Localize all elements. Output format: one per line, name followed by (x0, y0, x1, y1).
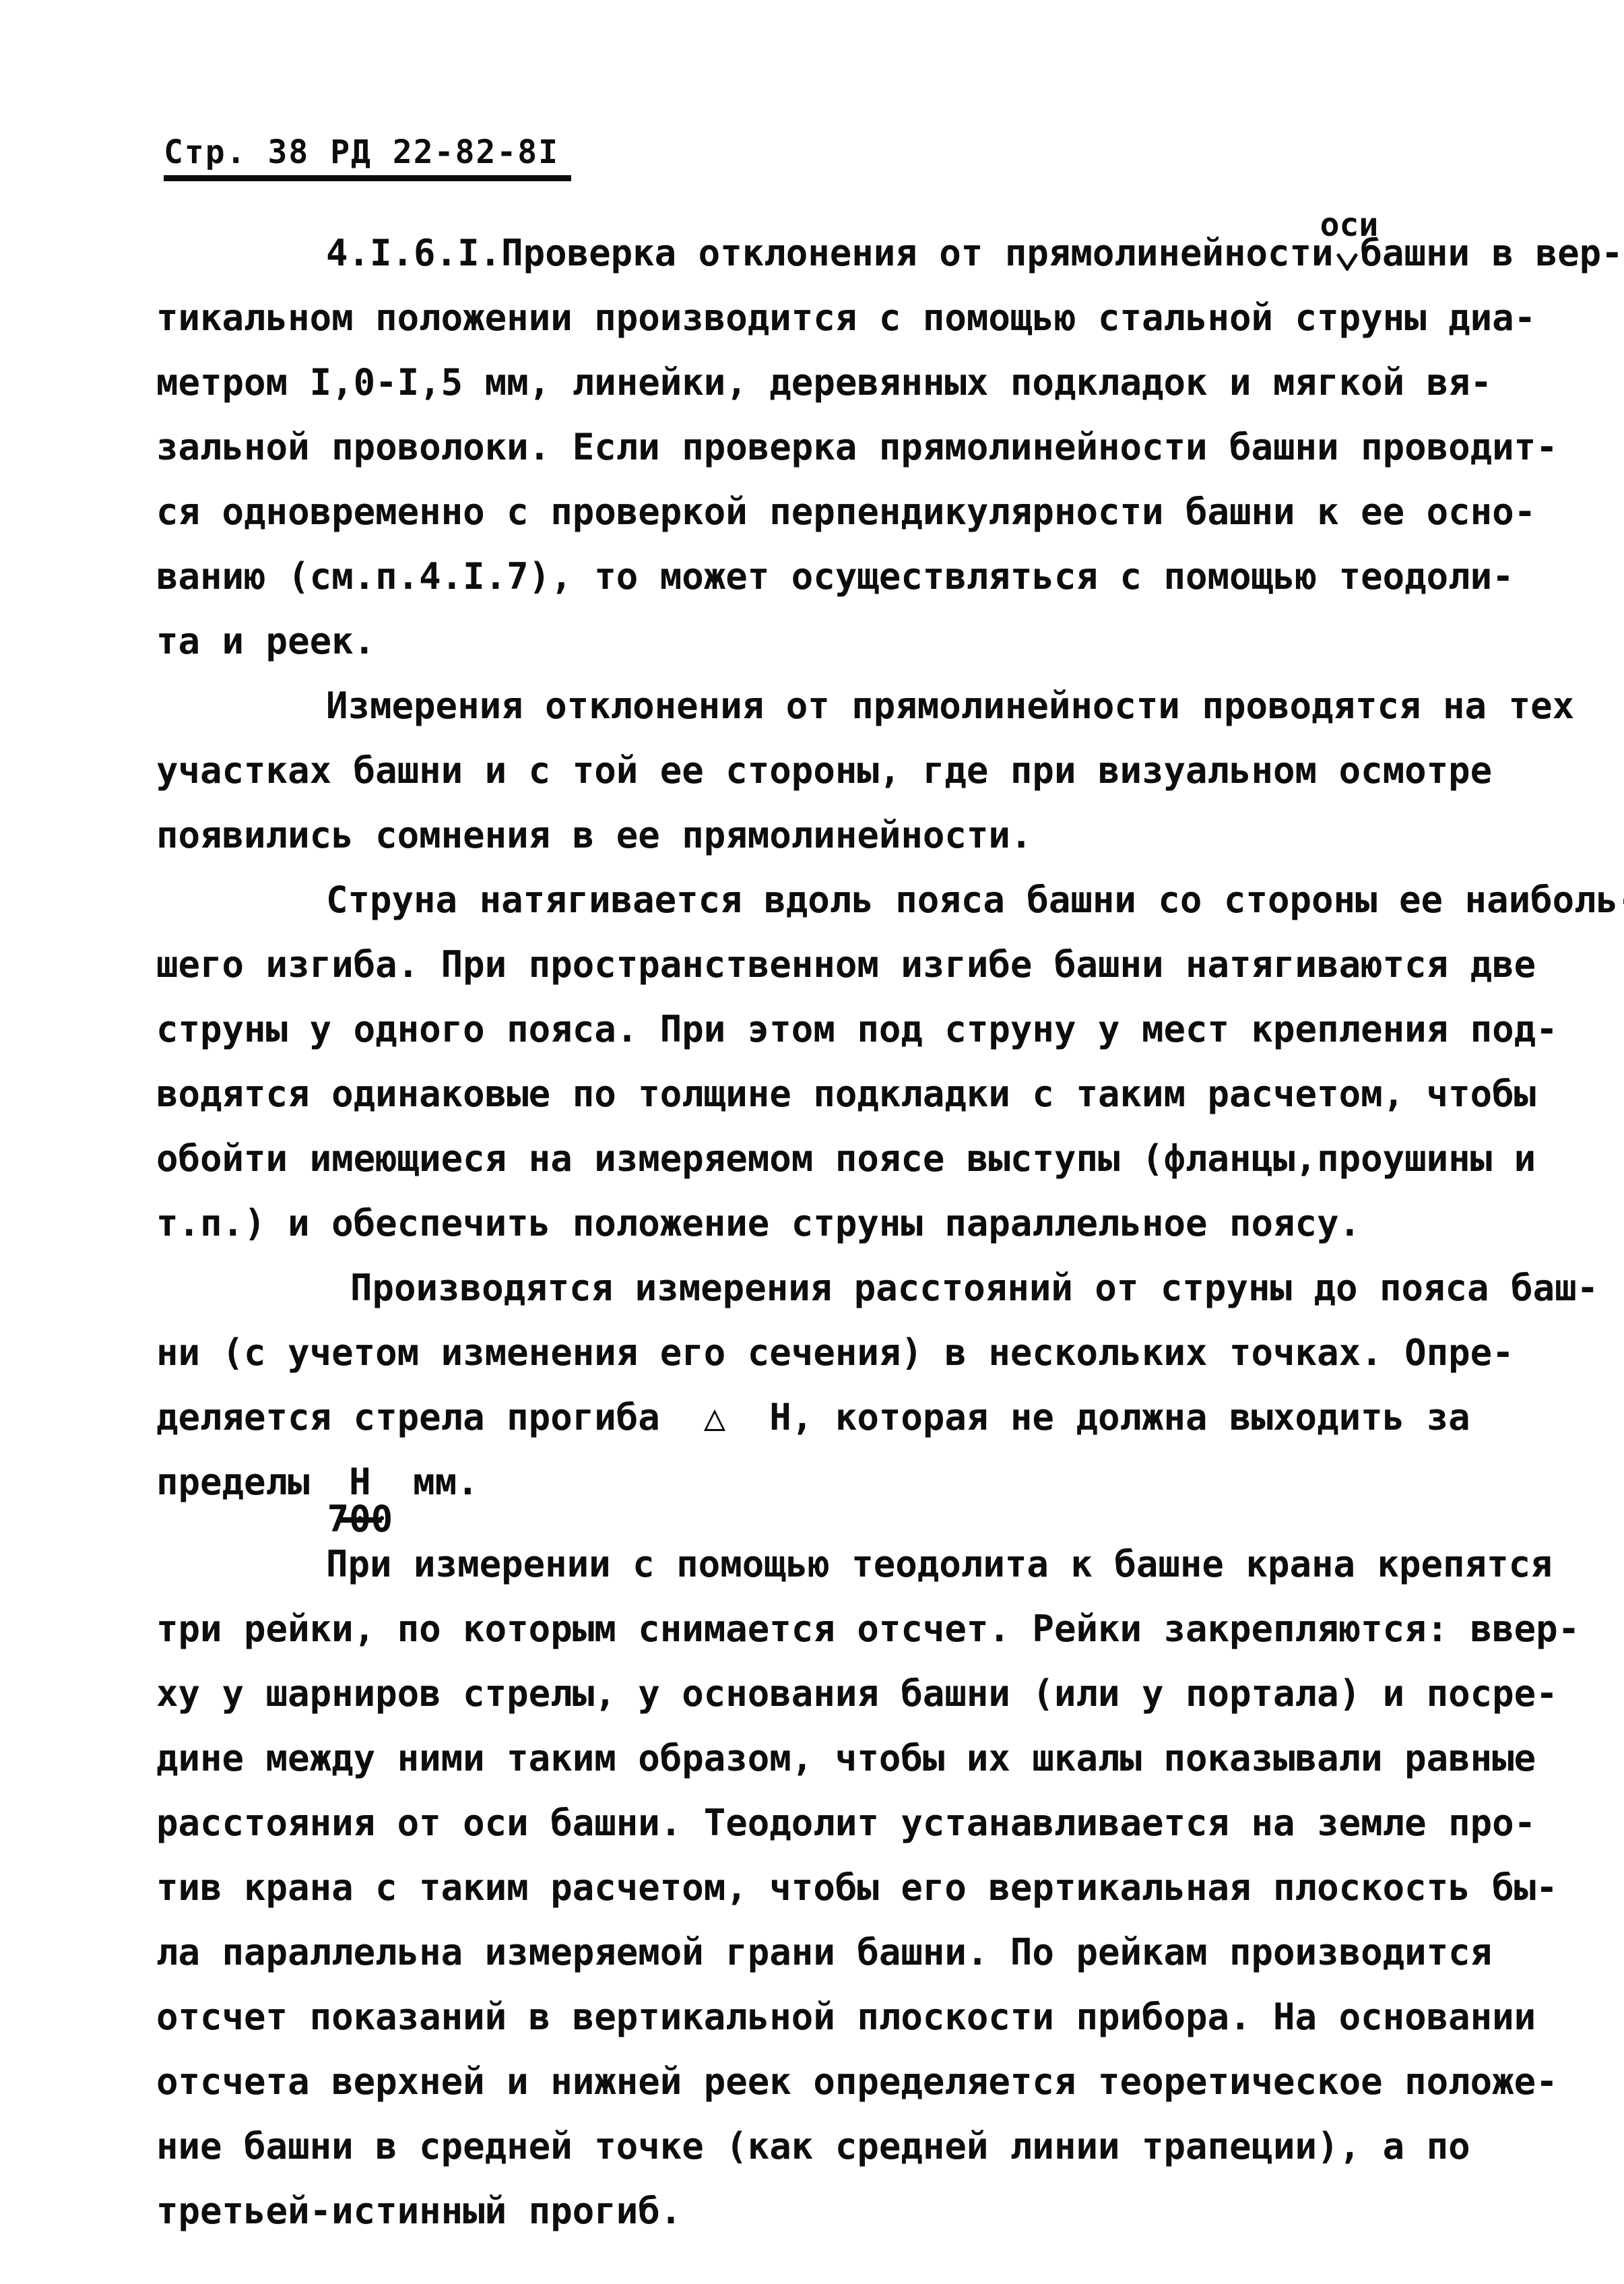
text-line: обойти имеющиеся на измеряемом поясе выс… (156, 1127, 1578, 1191)
formula-text-before: пределы (156, 1461, 331, 1503)
caret-icon (1336, 252, 1359, 271)
formula-fraction: Н700 (338, 1450, 382, 1523)
text-line: ся одновременно с проверкой перпендикуля… (156, 480, 1578, 544)
fraction-denominator: 700 (327, 1501, 393, 1537)
line-text-after-caret: башни в вер- (1361, 232, 1623, 274)
text-line: три рейки, по которым снимается отсчет. … (156, 1597, 1578, 1661)
text-line: шего изгиба. При пространственном изгибе… (156, 932, 1578, 997)
text-line: т.п.) и обеспечить положение струны пара… (156, 1191, 1578, 1256)
inserted-word: оси (1320, 209, 1379, 241)
text-line: участках башни и с той ее стороны, где п… (156, 738, 1578, 803)
text-line: пределы Н700 мм. (156, 1450, 1578, 1515)
insertion-caret: оси (1334, 221, 1361, 286)
text-line: появились сомнения в ее прямолинейности. (156, 803, 1578, 868)
text-line: ху у шарниров стрелы, у основания башни … (156, 1661, 1578, 1726)
line-text-before-caret: 4.I.6.I.Проверка отклонения от прямолине… (326, 232, 1334, 274)
text-line: Измерения отклонения от прямолинейности … (156, 674, 1578, 738)
formula-text-after: мм. (391, 1461, 479, 1503)
text-line: ни (с учетом изменения его сечения) в не… (156, 1321, 1578, 1385)
text-line: Производятся измерения расстояний от стр… (156, 1256, 1578, 1321)
text-line: водятся одинаковые по толщине подкладки … (156, 1062, 1578, 1127)
text-line: струны у одного пояса. При этом под стру… (156, 997, 1578, 1062)
text-line: Струна натягивается вдоль пояса башни со… (156, 868, 1578, 932)
text-line: дине между ними таким образом, чтобы их … (156, 1726, 1578, 1791)
text-line: деляется стрела прогиба △ Н, которая не … (156, 1385, 1578, 1450)
text-line: ла параллельна измеряемой грани башни. П… (156, 1920, 1578, 1985)
text-line: зальной проволоки. Если проверка прямоли… (156, 415, 1578, 480)
text-line: третьей-истинный прогиб. (156, 2179, 1578, 2244)
text-line: та и реек. (156, 609, 1578, 674)
text-line: отсчета верхней и нижней реек определяет… (156, 2050, 1578, 2114)
text-line: ванию (см.п.4.I.7), то может осуществлят… (156, 544, 1578, 609)
text-line: тикальном положении производится с помощ… (156, 286, 1578, 350)
text-line: отсчет показаний в вертикальной плоскост… (156, 1985, 1578, 2050)
text-line: 4.I.6.I.Проверка отклонения от прямолине… (156, 221, 1578, 286)
page-header: Стр. 38 РД 22-82-8I (164, 132, 571, 181)
text-line: тив крана с таким расчетом, чтобы его ве… (156, 1855, 1578, 1920)
text-line: ние башни в средней точке (как средней л… (156, 2114, 1578, 2179)
text-line: При измерении с помощью теодолита к башн… (156, 1532, 1578, 1597)
text-line: метром I,0-I,5 мм, линейки, деревянных п… (156, 350, 1578, 415)
document-page: Стр. 38 РД 22-82-8I 4.I.6.I.Проверка отк… (0, 0, 1624, 2284)
text-line: расстояния от оси башни. Теодолит устана… (156, 1791, 1578, 1855)
text-lines: 4.I.6.I.Проверка отклонения от прямолине… (156, 221, 1578, 2244)
